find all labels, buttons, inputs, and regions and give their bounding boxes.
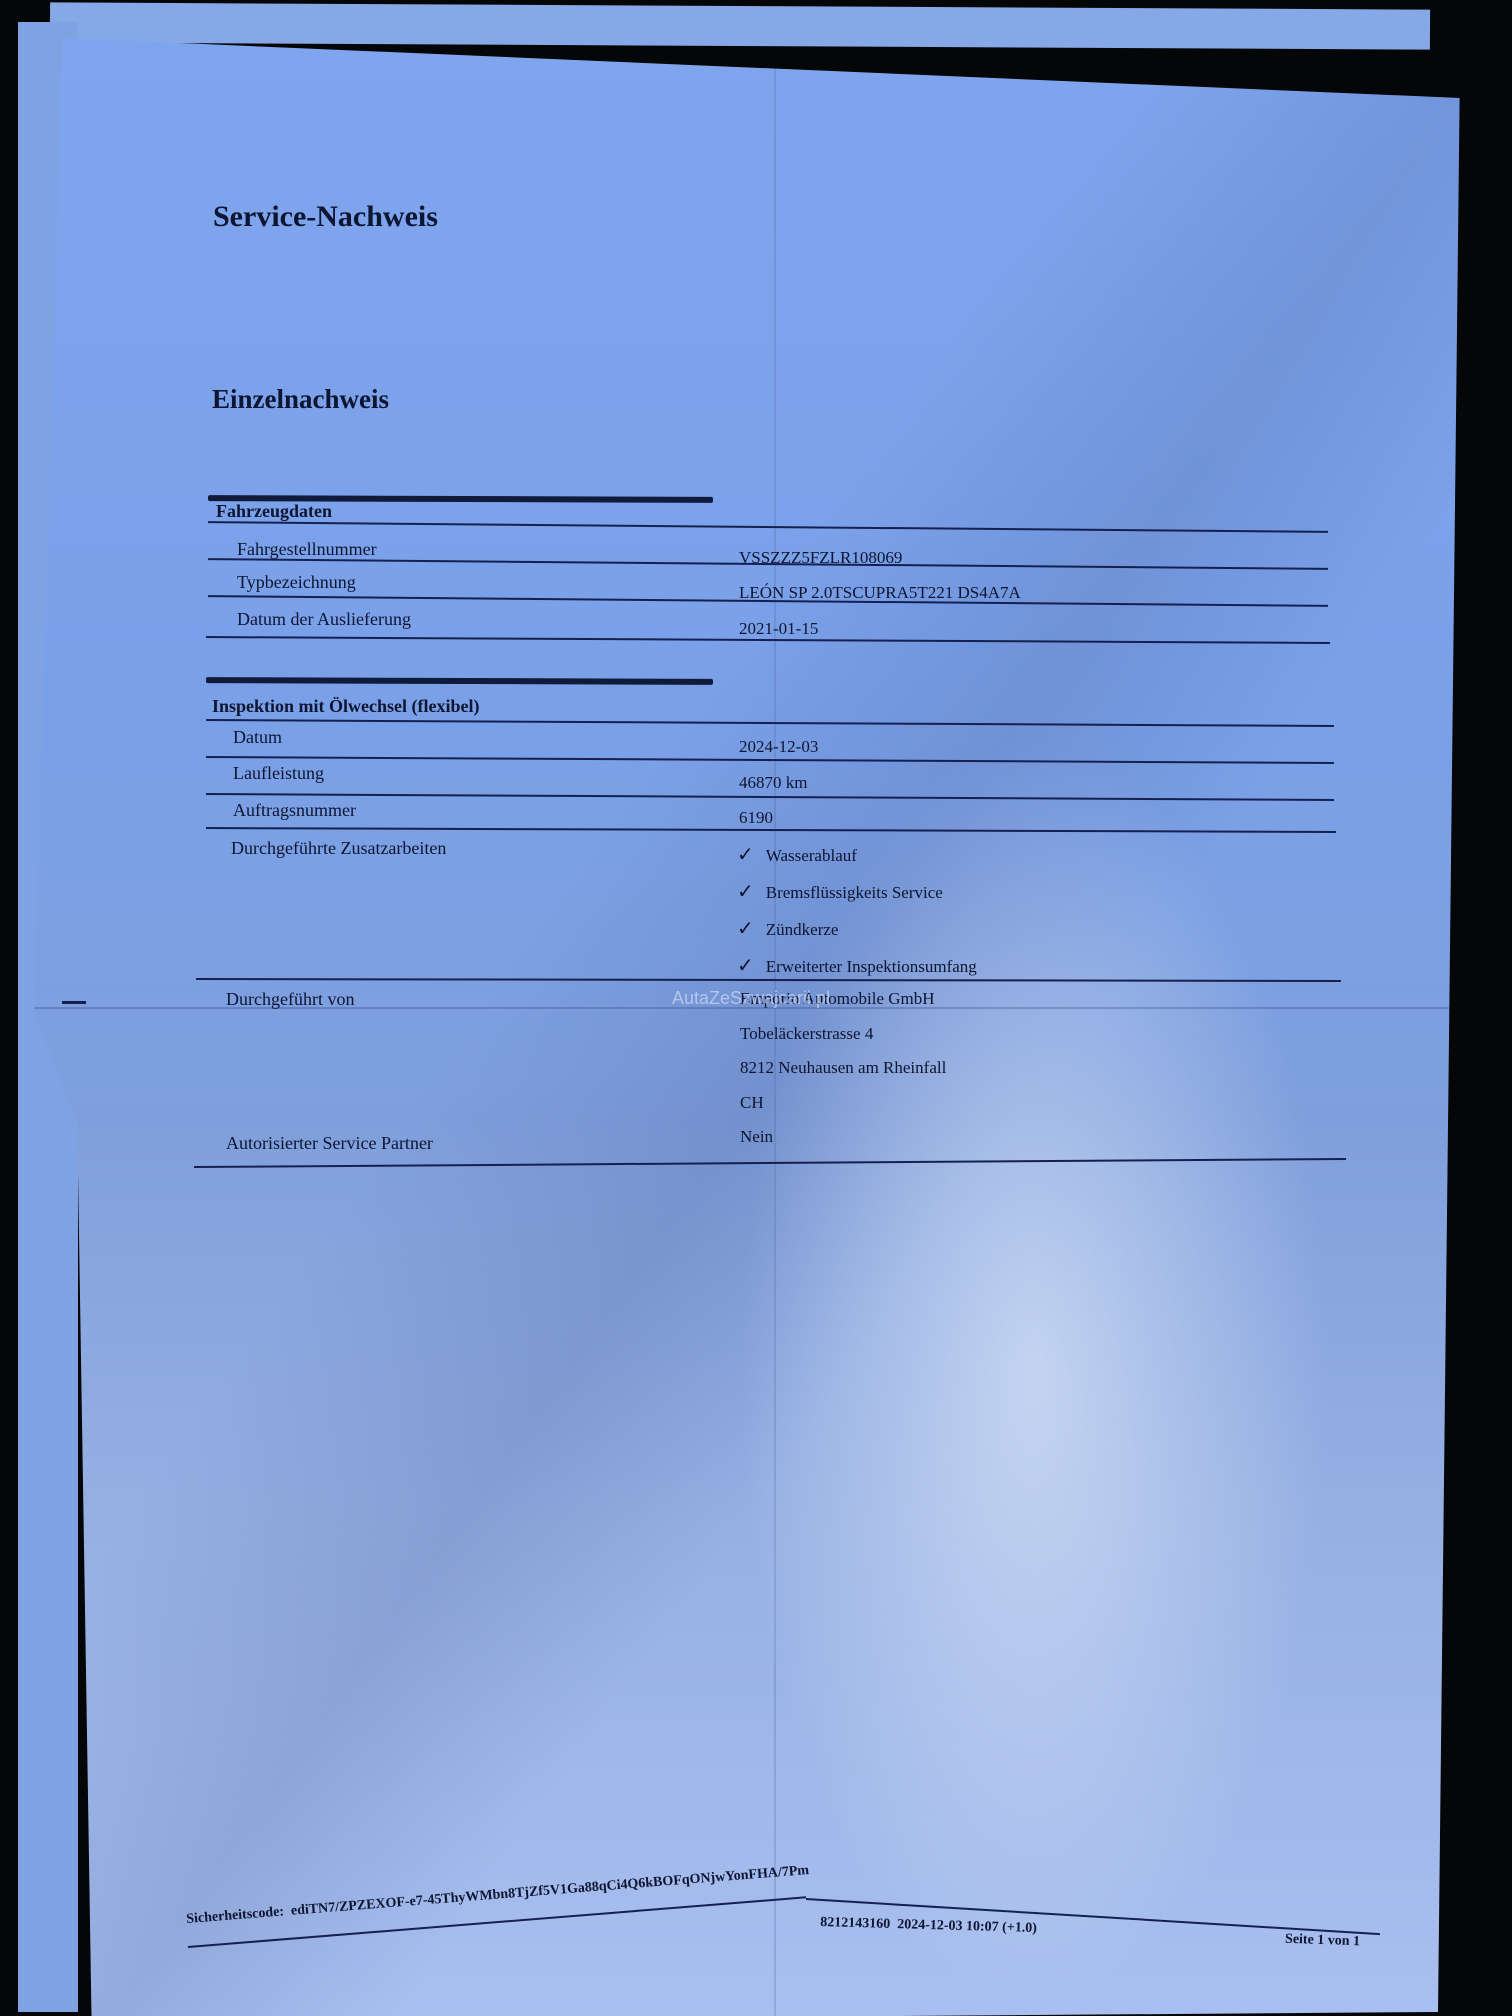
delivery-date-value: 2021-01-15	[739, 619, 818, 639]
row-rule	[196, 978, 1341, 982]
footer-meta: 8212143160 2024-12-03 10:07 (+1.0)	[820, 1915, 1037, 1937]
performed-by-label: Durchgeführt von	[226, 989, 354, 1010]
workshop-street: Tobeläckerstrasse 4	[740, 1024, 873, 1044]
checkmark-icon: ✓	[737, 881, 754, 903]
inspection-section-heading: Inspektion mit Ölwechsel (flexibel)	[212, 696, 480, 717]
document-title: Service-Nachweis	[213, 200, 438, 234]
section-bar	[206, 677, 713, 685]
checkmark-icon: ✓	[737, 844, 754, 866]
delivery-date-label: Datum der Auslieferung	[237, 609, 411, 630]
row-rule	[208, 521, 1328, 533]
mileage-label: Laufleistung	[233, 763, 324, 784]
inspection-date-label: Datum	[233, 727, 282, 748]
service-document: Service-Nachweis Einzelnachweis Fahrzeug…	[0, 0, 1512, 2016]
checkmark-icon: ✓	[737, 955, 754, 977]
checkmark-icon: ✓	[737, 918, 754, 940]
row-rule	[206, 719, 1334, 727]
fold-mark	[62, 1001, 86, 1004]
authorized-partner-label: Autorisierter Service Partner	[226, 1133, 433, 1154]
workshop-city: 8212 Neuhausen am Rheinfall	[740, 1058, 946, 1078]
security-code: Sicherheitscode: ediTN7/ZPZEXOF-e7-45Thy…	[186, 1863, 810, 1928]
watermark: AutaZeSzwajcarii.pl	[672, 988, 830, 1009]
extra-work-item: ✓Zündkerze	[737, 916, 838, 941]
row-rule	[206, 756, 1334, 764]
inspection-date-value: 2024-12-03	[739, 737, 818, 757]
row-rule	[206, 793, 1334, 801]
workshop-country: CH	[740, 1093, 764, 1113]
row-rule	[194, 1158, 1346, 1168]
authorized-partner-value: Nein	[740, 1127, 773, 1147]
mileage-value: 46870 km	[739, 773, 807, 793]
page-number: Seite 1 von 1	[1285, 1932, 1361, 1951]
extra-work-item: ✓Erweiterter Inspektionsumfang	[737, 953, 977, 978]
vin-label: Fahrgestellnummer	[237, 539, 377, 560]
order-number-label: Auftragsnummer	[233, 800, 356, 821]
type-label: Typbezeichnung	[237, 572, 356, 593]
extra-work-item: ✓Wasserablauf	[737, 842, 857, 867]
extra-work-item: ✓Bremsflüssigkeits Service	[737, 879, 943, 904]
extra-work-label: Durchgeführte Zusatzarbeiten	[231, 838, 446, 859]
document-subtitle: Einzelnachweis	[212, 384, 389, 415]
order-number-value: 6190	[739, 808, 773, 828]
vehicle-section-heading: Fahrzeugdaten	[216, 501, 332, 522]
